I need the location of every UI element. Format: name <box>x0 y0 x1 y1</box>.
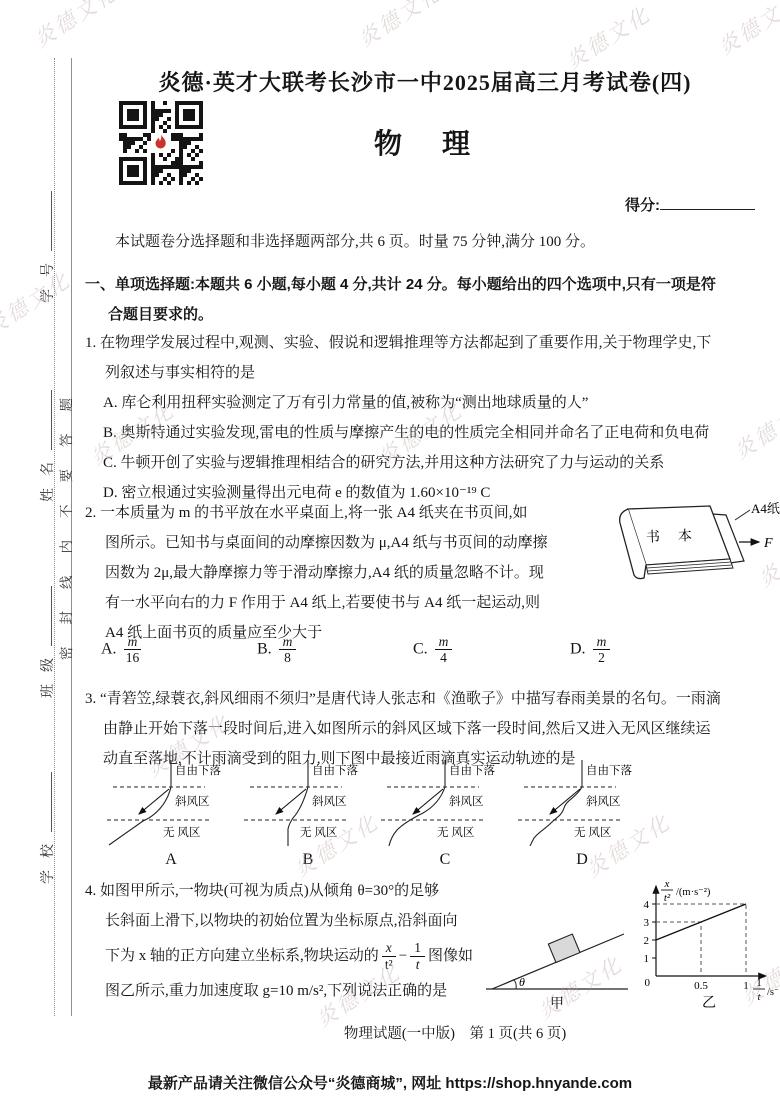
q2-line3: 因数为 2μ,最大静摩擦力等于滑动摩擦力,A4 纸的质量忽略不计。现 <box>85 558 548 588</box>
q4-frac2-num: 1 <box>410 940 425 956</box>
wind-zone-label: 斜风区 <box>449 794 484 808</box>
free-fall-label: 自由下落 <box>449 763 495 777</box>
question-2: 2. 一本质量为 m 的书平放在水平桌面上,将一张 A4 纸夹在书页间,如 图所… <box>85 498 548 648</box>
wind-zone-label: 斜风区 <box>312 794 347 808</box>
q2-book-figure: 书 本 A4纸 F <box>588 497 780 620</box>
watermark: 炎德文化 <box>28 0 125 54</box>
section1-line2: 合题目要求的。 <box>85 300 716 330</box>
free-fall-label: 自由下落 <box>312 763 358 777</box>
student-id-blank <box>47 191 52 251</box>
question-1: 1. 在物理学发展过程中,观测、实验、假说和逻辑推理等方法都起到了重要作用,关于… <box>85 328 711 508</box>
student-id-field: 学号 <box>37 193 55 303</box>
xtick-05: 0.5 <box>694 980 708 992</box>
q4-frac1-den: t² <box>382 957 396 972</box>
exam-intro: 本试题卷分选择题和非选择题两部分,共 6 页。时量 75 分钟,满分 100 分… <box>115 230 595 251</box>
q2-option-d: D. m2 <box>570 634 613 665</box>
q4-line3-pre: 下为 x 轴的正方向建立坐标系,物块运动的 <box>105 941 379 971</box>
q2-option-a-label: A. <box>101 640 117 657</box>
q2-option-a-num: m <box>124 634 142 650</box>
block-shape <box>548 934 580 962</box>
q2-option-d-num: m <box>593 634 611 650</box>
subject-title: 物 理 <box>85 122 765 162</box>
q4-incline-figure: θ 甲 <box>482 894 632 1017</box>
class-label: 班级 <box>41 646 56 698</box>
q1-option-c: C. 牛顿开创了实验与逻辑推理相结合的研究方法,并用这种方法研究了力与运动的关系 <box>85 448 711 478</box>
xlabel-num: 1 <box>756 977 762 989</box>
q2-option-d-label: D. <box>570 640 586 657</box>
ylabel-den: t² <box>664 892 671 904</box>
q2-option-b: B. m8 <box>257 634 299 665</box>
ytick-2: 2 <box>644 935 650 947</box>
calm-zone-label: 无 风区 <box>300 826 337 839</box>
fig-yi-caption: 乙 <box>702 996 716 1010</box>
q2-option-d-den: 2 <box>593 650 611 665</box>
q4-line3-post: 图像如 <box>428 941 473 971</box>
q1-option-a: A. 库仑利用扭秤实验测定了万有引力常量的值,被称为“测出地球质量的人” <box>85 388 711 418</box>
seal-instruction-text: 密封线内不要答题 <box>55 375 73 661</box>
q2-option-a-den: 16 <box>124 650 142 665</box>
q2-option-b-num: m <box>279 634 297 650</box>
q2-option-b-den: 8 <box>279 650 297 665</box>
q1-stem-line2: 列叙述与事实相符的是 <box>85 358 711 388</box>
wind-arrow <box>550 789 580 814</box>
a4-paper-label: A4纸 <box>751 501 780 516</box>
watermark: 炎德文化 <box>560 0 657 76</box>
page-title: 炎德·英才大联考长沙市一中2025届高三月考试卷(四) <box>85 66 765 97</box>
q2-option-a: A. m16 <box>101 634 144 665</box>
q3-diagram-d: 自由下落 斜风区 无 风区 D <box>516 760 648 869</box>
theta-label: θ <box>519 975 525 989</box>
xlabel-unit: /s⁻¹ <box>767 987 778 998</box>
q3-diagram-b-letter: B <box>242 851 374 869</box>
q3-diagram-c-letter: C <box>379 851 511 869</box>
ytick-4: 4 <box>644 899 650 911</box>
q2-option-c-num: m <box>435 634 453 650</box>
q1-option-b: B. 奥斯特通过实验发现,雷电的性质与摩擦产生的电的性质完全相同并命名了正电荷和… <box>85 418 711 448</box>
xlabel-den: t <box>757 991 761 1003</box>
watermark: 炎德文化 <box>352 0 449 54</box>
watermark: 炎德文化 <box>728 388 780 465</box>
wind-zone-label: 斜风区 <box>175 794 210 808</box>
class-blank <box>47 586 52 646</box>
section1-heading: 一、单项选择题:本题共 6 小题,每小题 4 分,共计 24 分。每小题给出的四… <box>85 270 716 330</box>
calm-zone-label: 无 风区 <box>574 826 611 839</box>
class-field: 班级 <box>37 588 55 698</box>
school-field: 学校 <box>37 774 55 884</box>
question-4: 4. 如图甲所示,一物块(可视为质点)从倾角 θ=30°的足够 长斜面上滑下,以… <box>85 876 495 1006</box>
ytick-1: 1 <box>644 953 650 965</box>
q4-line1: 4. 如图甲所示,一物块(可视为质点)从倾角 θ=30°的足够 <box>85 876 495 906</box>
student-id-label: 学号 <box>41 251 56 303</box>
exam-page: 密封线内不要答题 学号 姓名 班级 学校 炎德·英才大联考长沙市一中2025届高… <box>0 0 780 1104</box>
q1-stem-line1: 1. 在物理学发展过程中,观测、实验、假说和逻辑推理等方法都起到了重要作用,关于… <box>85 328 711 358</box>
angle-arc <box>513 980 516 990</box>
q2-option-c: C. m4 <box>413 634 455 665</box>
free-fall-label: 自由下落 <box>175 763 221 777</box>
page-footer: 物理试题(一中版) 第 1 页(共 6 页) <box>130 1022 780 1043</box>
section1-line1: 一、单项选择题:本题共 6 小题,每小题 4 分,共计 24 分。每小题给出的四… <box>85 270 716 300</box>
q3-diagram-a: 自由下落 斜风区 无 风区 A <box>105 760 237 869</box>
q2-line1: 2. 一本质量为 m 的书平放在水平桌面上,将一张 A4 纸夹在书页间,如 <box>85 498 548 528</box>
q2-line2: 图所示。已知书与桌面间的动摩擦因数为 μ,A4 纸与书页间的动摩擦 <box>85 528 548 558</box>
publisher-ad: 最新产品请关注微信公众号“炎德商城”, 网址 https://shop.hnya… <box>0 1072 780 1093</box>
q3-diagram-b: 自由下落 斜风区 无 风区 B <box>242 760 374 869</box>
q4-line3-dash: − <box>399 941 407 971</box>
score-field: 得分: <box>625 194 755 215</box>
q2-option-c-den: 4 <box>435 650 453 665</box>
dashed-guide-05 <box>656 922 701 976</box>
score-label: 得分: <box>625 197 660 214</box>
q3-line1: 3. “青箬笠,绿蓑衣,斜风细雨不须归”是唐代诗人张志和《渔歌子》中描写春雨美景… <box>85 684 721 714</box>
force-label: F <box>763 536 773 551</box>
q4-line4: 图乙所示,重力加速度取 g=10 m/s²,下列说法正确的是 <box>85 976 495 1006</box>
q3-diagrams-row: 自由下落 斜风区 无 风区 A 自由下落 斜风区 无 风区 B <box>105 760 665 868</box>
wind-zone-label: 斜风区 <box>586 794 621 808</box>
ytick-3: 3 <box>644 917 650 929</box>
ylabel-num: x <box>664 878 670 890</box>
calm-zone-label: 无 风区 <box>437 826 474 839</box>
name-field: 姓名 <box>37 392 55 502</box>
book-cover-label: 书 本 <box>646 527 695 546</box>
school-blank <box>47 772 52 832</box>
ylabel-unit: /(m·s⁻²) <box>676 887 711 898</box>
school-label: 学校 <box>41 832 56 884</box>
q4-graph-figure: 4 3 2 1 0 0.5 1 x t² /(m·s⁻²) 1 t /s⁻¹ 乙 <box>626 874 778 1015</box>
wind-arrow <box>276 789 306 814</box>
origin-label: 0 <box>645 977 651 989</box>
free-fall-label: 自由下落 <box>586 763 632 777</box>
q4-frac2-den: t <box>410 957 425 972</box>
q3-diagram-d-letter: D <box>516 851 648 869</box>
calm-zone-label: 无 风区 <box>163 826 200 839</box>
trajectory-a <box>109 760 171 845</box>
name-blank <box>47 390 52 450</box>
q2-line4: 有一水平向右的力 F 作用于 A4 纸上,若要使书与 A4 纸一起运动,则 <box>85 588 548 618</box>
q2-options-row: A. m16 B. m8 C. m4 D. m2 <box>85 630 775 678</box>
q4-line2: 长斜面上滑下,以物块的初始位置为坐标原点,沿斜面向 <box>85 906 495 936</box>
xtick-1: 1 <box>743 980 749 992</box>
watermark: 炎德文化 <box>712 0 780 62</box>
q2-option-c-label: C. <box>413 640 428 657</box>
q4-frac1-num: x <box>382 940 396 956</box>
q2-option-b-label: B. <box>257 640 272 657</box>
q3-line2: 由静止开始下落一段时间后,进入如图所示的斜风区域下落一段时间,然后又进入无风区继… <box>85 714 721 744</box>
score-blank <box>660 195 755 210</box>
q3-diagram-c: 自由下落 斜风区 无 风区 C <box>379 760 511 869</box>
name-label: 姓名 <box>41 450 56 502</box>
fig-jia-caption: 甲 <box>550 996 564 1012</box>
q4-line3: 下为 x 轴的正方向建立坐标系,物块运动的 xt² − 1t 图像如 <box>85 936 495 976</box>
q3-diagram-a-letter: A <box>105 851 237 869</box>
